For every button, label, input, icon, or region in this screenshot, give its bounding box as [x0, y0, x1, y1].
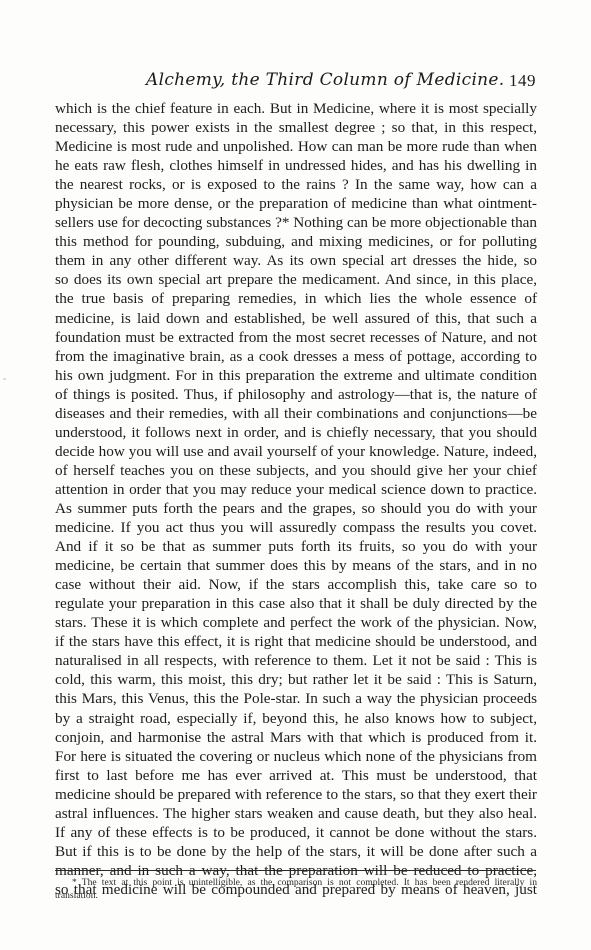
- text-line: understood, it follows next in order, an…: [55, 423, 537, 442]
- text-line: medicine. If you act thus you will assur…: [55, 518, 537, 537]
- text-line: diseases and their remedies, with all th…: [55, 404, 537, 423]
- text-line: case without their aid. Now, if the star…: [55, 575, 537, 594]
- text-line: If any of these effects is to be produce…: [55, 823, 537, 842]
- text-line: Medicine is most rude and unpolished. Ho…: [55, 137, 537, 156]
- book-page: Alchemy, the Third Column of Medicine. 1…: [0, 0, 591, 950]
- text-line: foundation must be extracted from the mo…: [55, 328, 537, 347]
- text-line: medicine, is laid down and established, …: [55, 309, 537, 328]
- body-text: which is the chief feature in each. But …: [55, 99, 537, 899]
- text-line: sellers use for decocting substances ?* …: [55, 213, 537, 232]
- text-line: them in any other different way. As its …: [55, 251, 537, 270]
- text-line: if the stars have this effect, it is rig…: [55, 632, 537, 651]
- text-line: medicine should be prepared with referen…: [55, 785, 537, 804]
- text-line: medicine, be certain that summer does th…: [55, 556, 537, 575]
- text-line: this method for pounding, subduing, and …: [55, 232, 537, 251]
- footnote: * The text at this point is unintelligib…: [55, 876, 537, 902]
- text-line: necessary, this power exists in the smal…: [55, 118, 537, 137]
- text-line: stars. These it is which complete and pe…: [55, 613, 537, 632]
- text-line: so does its own special art prepare the …: [55, 270, 537, 289]
- page-number: 149: [509, 71, 536, 91]
- text-line: And if it so be that as summer puts fort…: [55, 537, 537, 556]
- running-title: Alchemy, the Third Column of Medicine.: [146, 70, 505, 90]
- text-line: his own judgment. For in this preparatio…: [55, 366, 537, 385]
- text-line: But if this is to be done by the help of…: [55, 842, 537, 861]
- text-line: For here is situated the covering or nuc…: [55, 747, 537, 766]
- text-line: decide how you will use and avail yourse…: [55, 442, 537, 461]
- text-line: he eats raw flesh, clothes himself in un…: [55, 156, 537, 175]
- footnote-line: * The text at this point is unintelligib…: [55, 876, 537, 889]
- text-line: by a straight road, especially if, beyon…: [55, 709, 537, 728]
- text-line: which is the chief feature in each. But …: [55, 99, 537, 118]
- text-line: of herself teaches you on these subjects…: [55, 461, 537, 480]
- text-line: astral influences. The higher stars weak…: [55, 804, 537, 823]
- text-line: naturalised in all respects, with refere…: [55, 651, 537, 670]
- text-line: first to last before me has ever arrived…: [55, 766, 537, 785]
- text-line: physician be more dense, or the preparat…: [55, 194, 537, 213]
- text-line: of things is posited. Thus, if philosoph…: [55, 385, 537, 404]
- running-head: Alchemy, the Third Column of Medicine. 1…: [146, 70, 536, 92]
- footnote-line: translation.: [55, 889, 537, 902]
- text-line: the true basis of preparing remedies, in…: [55, 289, 537, 308]
- text-line: cold, this warm, this moist, this dry; b…: [55, 670, 537, 689]
- scan-speck: [3, 378, 6, 380]
- text-line: regulate your preparation in this case a…: [55, 594, 537, 613]
- footnote-rule: [55, 870, 536, 871]
- text-line: As summer puts forth the pears and the g…: [55, 499, 537, 518]
- text-line: this Mars, this Venus, this the Pole-sta…: [55, 689, 537, 708]
- text-line: conjoin, and harmonise the astral Mars w…: [55, 728, 537, 747]
- text-line: from the imaginative brain, as a cook dr…: [55, 347, 537, 366]
- text-line: attention in order that you may reduce y…: [55, 480, 537, 499]
- text-line: the nearest rocks, or is exposed to the …: [55, 175, 537, 194]
